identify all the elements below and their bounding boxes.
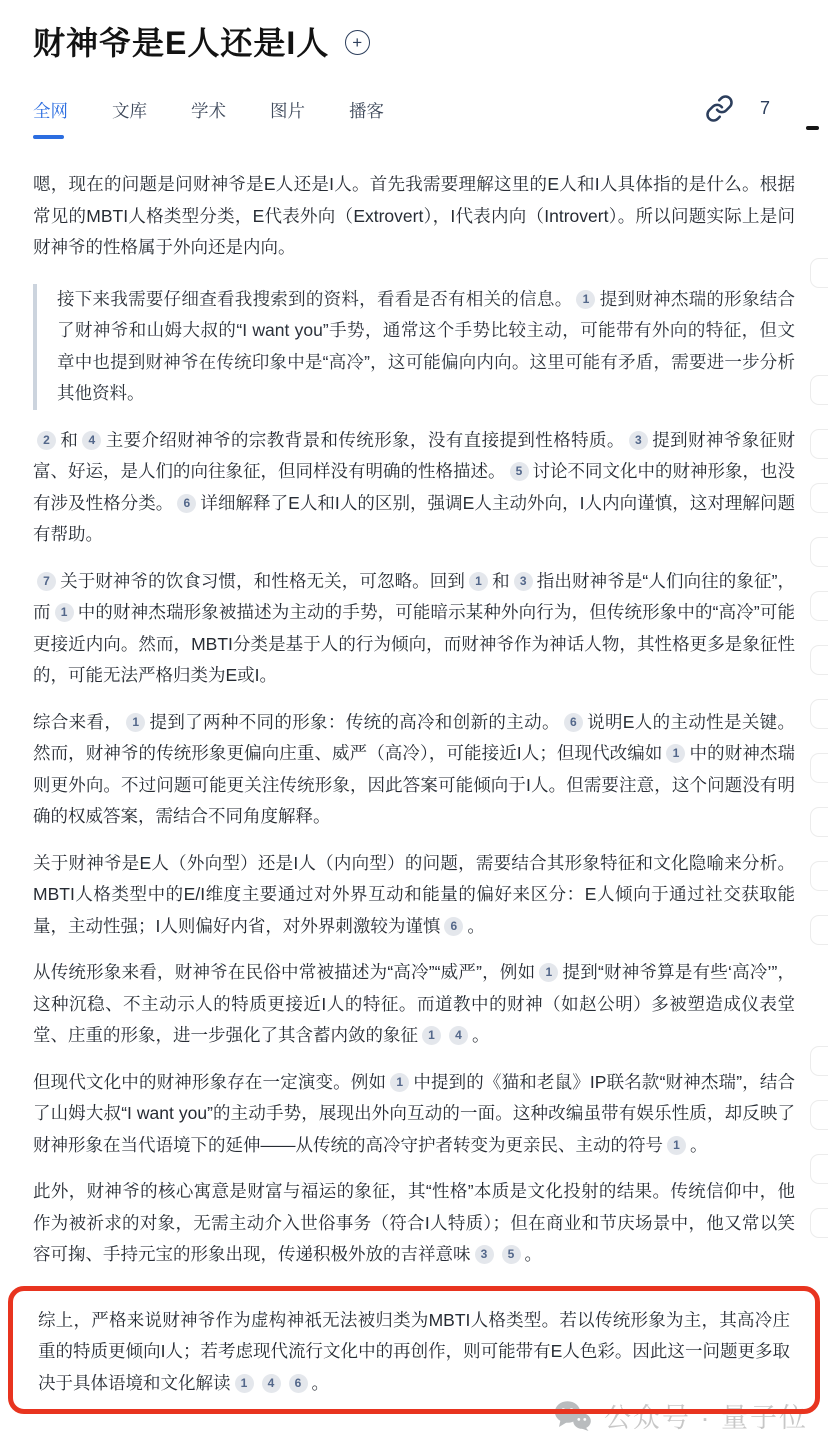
- side-toolbar-button[interactable]: [810, 915, 828, 945]
- citation-badge[interactable]: 3: [475, 1245, 494, 1264]
- tab-academic[interactable]: 学术: [191, 98, 226, 139]
- citation-badge[interactable]: 1: [666, 744, 685, 763]
- citation-badge[interactable]: 5: [502, 1245, 521, 1264]
- tab-library[interactable]: 文库: [112, 98, 147, 139]
- paragraph: 综合来看，1提到了两种不同的形象：传统的高冷和创新的主动。6说明E人的主动性是关…: [33, 707, 795, 833]
- paragraph: 2和4主要介绍财神爷的宗教背景和传统形象，没有直接提到性格特质。3提到财神爷象征…: [33, 425, 795, 551]
- citation-badge[interactable]: 4: [82, 431, 101, 450]
- citation-badge[interactable]: 1: [126, 713, 145, 732]
- side-toolbar-button[interactable]: [810, 1208, 828, 1238]
- citation-badge[interactable]: 1: [539, 963, 558, 982]
- tab-label: 文库: [112, 101, 147, 121]
- citation-badge[interactable]: 1: [667, 1136, 686, 1155]
- citation-badge[interactable]: 6: [564, 713, 583, 732]
- tab-label: 图片: [270, 101, 305, 121]
- side-toolbar-button[interactable]: [810, 699, 828, 729]
- text-run: 。: [467, 916, 485, 936]
- text-run: 和: [60, 430, 78, 450]
- text-run: 。: [472, 1025, 490, 1045]
- side-toolbar-button[interactable]: [810, 861, 828, 891]
- side-toolbar-button[interactable]: [810, 1154, 828, 1184]
- side-toolbar-button[interactable]: [810, 429, 828, 459]
- text-run: 嗯，现在的问题是问财神爷是E人还是I人。首先我需要理解这里的E人和I人具体指的是…: [33, 174, 795, 257]
- paragraph: 关于财神爷是E人（外向型）还是I人（内向型）的问题，需要结合其形象特征和文化隐喻…: [33, 848, 795, 943]
- citation-badge[interactable]: 3: [629, 431, 648, 450]
- side-toolbar-button[interactable]: [810, 807, 828, 837]
- text-run: 关于财神爷的饮食习惯，和性格无关，可忽略。回到: [60, 571, 465, 591]
- citation-badge[interactable]: 5: [510, 462, 529, 481]
- paragraph: 综上，严格来说财神爷作为虚构神祇无法被归类为MBTI人格类型。若以传统形象为主，…: [38, 1305, 790, 1400]
- text-run: 综上，严格来说财神爷作为虚构神祇无法被归类为MBTI人格类型。若以传统形象为主，…: [38, 1310, 790, 1393]
- text-run: 接下来我需要仔细查看我搜索到的资料，看看是否有相关的信息。: [57, 289, 572, 309]
- text-run: 。: [312, 1373, 330, 1393]
- side-toolbar-button[interactable]: [810, 258, 828, 288]
- text-run: 关于财神爷是E人（外向型）还是I人（内向型）的问题，需要结合其形象特征和文化隐喻…: [33, 853, 795, 936]
- link-icon: [705, 94, 734, 123]
- citation-badge[interactable]: 4: [262, 1374, 281, 1393]
- tab-bar: 全网文库学术图片播客: [33, 98, 384, 139]
- search-result-page: 财神爷是E人还是I人 + 全网文库学术图片播客 7 嗯，现在的问题是问财神爷是E…: [0, 0, 828, 1454]
- citation-badge[interactable]: 6: [177, 494, 196, 513]
- citation-badge[interactable]: 1: [55, 603, 74, 622]
- citation-badge[interactable]: 6: [289, 1374, 308, 1393]
- tab-row: 全网文库学术图片播客 7: [33, 98, 795, 139]
- tab-label: 学术: [191, 101, 226, 121]
- tab-label: 全网: [33, 101, 68, 121]
- paragraph: 但现代文化中的财神形象存在一定演变。例如1中提到的《猫和老鼠》IP联名款“财神杰…: [33, 1067, 795, 1162]
- side-toolbar-button[interactable]: [810, 537, 828, 567]
- tab-label: 播客: [349, 101, 384, 121]
- text-run: 提到了两种不同的形象：传统的高冷和创新的主动。: [149, 712, 560, 732]
- text-run: 和: [492, 571, 510, 591]
- header: 财神爷是E人还是I人 +: [33, 0, 795, 64]
- text-run: 此外，财神爷的核心寓意是财富与福运的象征，其“性格”本质是文化投射的结果。传统信…: [33, 1181, 795, 1264]
- side-toolbar-button[interactable]: [810, 645, 828, 675]
- citation-badge[interactable]: 7: [37, 572, 56, 591]
- side-toolbar-button[interactable]: [810, 483, 828, 513]
- page-title: 财神爷是E人还是I人: [33, 18, 329, 64]
- source-count: 7: [760, 98, 770, 119]
- text-run: 主要介绍财神爷的宗教背景和传统形象，没有直接提到性格特质。: [105, 430, 625, 450]
- citation-badge[interactable]: 2: [37, 431, 56, 450]
- citation-badge[interactable]: 1: [422, 1026, 441, 1045]
- side-toolbar-button[interactable]: [810, 753, 828, 783]
- paragraph: 此外，财神爷的核心寓意是财富与福运的象征，其“性格”本质是文化投射的结果。传统信…: [33, 1176, 795, 1271]
- reasoning-quote-block: 接下来我需要仔细查看我搜索到的资料，看看是否有相关的信息。1提到财神杰瑞的形象结…: [33, 284, 795, 410]
- highlight-box: 综上，严格来说财神爷作为虚构神祇无法被归类为MBTI人格类型。若以传统形象为主，…: [8, 1286, 820, 1415]
- text-run: 。: [690, 1135, 708, 1155]
- citation-badge[interactable]: 4: [449, 1026, 468, 1045]
- text-run: 从传统形象来看，财神爷在民俗中常被描述为“高冷”“威严”，例如: [33, 962, 535, 982]
- paragraph: 从传统形象来看，财神爷在民俗中常被描述为“高冷”“威严”，例如1提到“财神爷算是…: [33, 957, 795, 1052]
- text-run: 综合来看，: [33, 712, 122, 732]
- paragraph: 7关于财神爷的饮食习惯，和性格无关，可忽略。回到1和3指出财神爷是“人们向往的象…: [33, 566, 795, 692]
- side-toolbar-button[interactable]: [810, 375, 828, 405]
- paragraph: 嗯，现在的问题是问财神爷是E人还是I人。首先我需要理解这里的E人和I人具体指的是…: [33, 169, 795, 264]
- side-toolbar-button[interactable]: [810, 1100, 828, 1130]
- tab-images[interactable]: 图片: [270, 98, 305, 139]
- text-run: 。: [525, 1244, 543, 1264]
- citation-badge[interactable]: 1: [390, 1073, 409, 1092]
- sources-link[interactable]: 7: [705, 94, 795, 123]
- tab-podcast[interactable]: 播客: [349, 98, 384, 139]
- citation-badge[interactable]: 1: [469, 572, 488, 591]
- side-toolbar-button[interactable]: [810, 591, 828, 621]
- citation-badge[interactable]: 6: [444, 917, 463, 936]
- text-run: 但现代文化中的财神形象存在一定演变。例如: [33, 1072, 386, 1092]
- side-toolbar-button[interactable]: [810, 1046, 828, 1076]
- add-topic-button[interactable]: +: [345, 30, 370, 55]
- citation-badge[interactable]: 1: [235, 1374, 254, 1393]
- citation-badge[interactable]: 1: [576, 290, 595, 309]
- tab-all[interactable]: 全网: [33, 98, 68, 139]
- text-run: 中的财神杰瑞形象被描述为主动的手势，可能暗示某种外向行为，但传统形象中的“高冷”…: [33, 602, 795, 685]
- plus-circle-icon: +: [352, 34, 363, 51]
- content-column: 财神爷是E人还是I人 + 全网文库学术图片播客 7 嗯，现在的问题是问财神爷是E…: [0, 0, 828, 1414]
- answer-content: 嗯，现在的问题是问财神爷是E人还是I人。首先我需要理解这里的E人和I人具体指的是…: [33, 169, 795, 1414]
- citation-badge[interactable]: 3: [514, 572, 533, 591]
- cropped-ui-fragment: [806, 126, 819, 130]
